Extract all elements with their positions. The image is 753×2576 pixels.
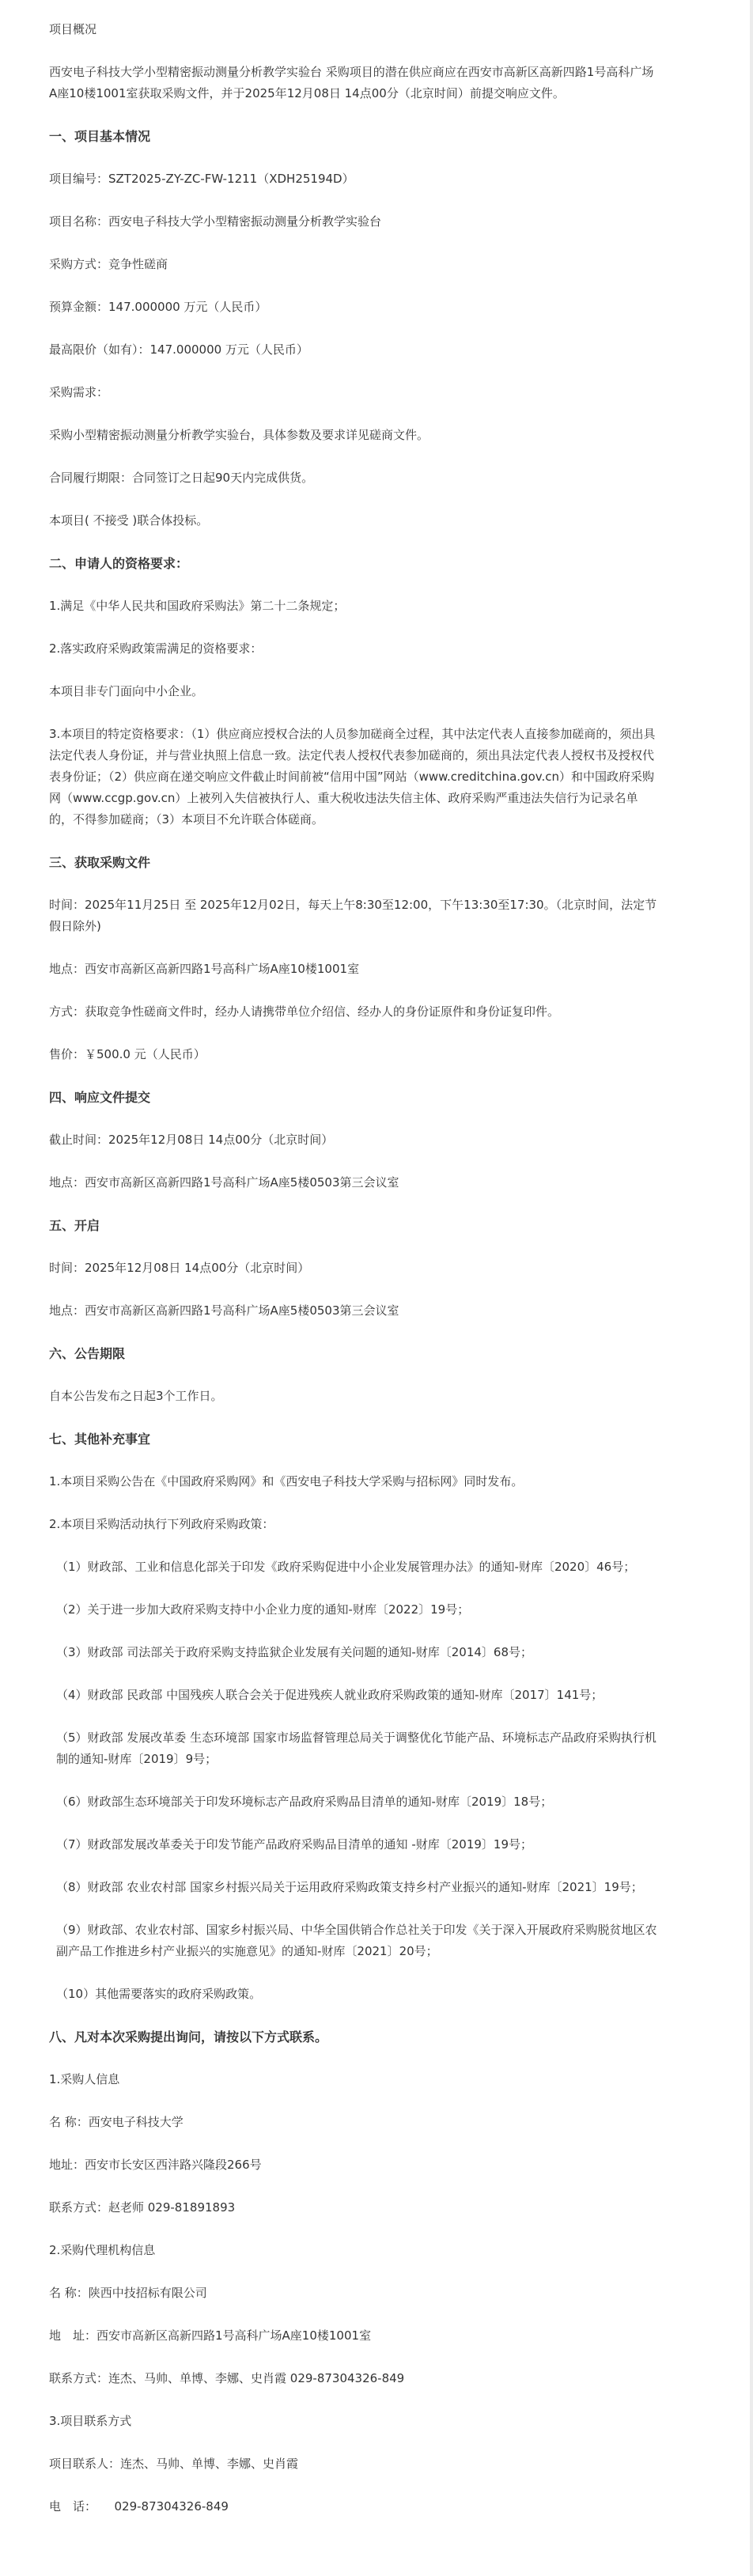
- policy-item: （10）其他需要落实的政府采购政策。: [49, 1984, 658, 2005]
- project-name: 项目名称：西安电子科技大学小型精密振动测量分析教学实验台: [49, 211, 658, 233]
- opening-time: 时间：2025年12月08日 14点00分（北京时间）: [49, 1258, 658, 1279]
- policy-item: （4）财政部 民政部 中国残疾人联合会关于促进残疾人就业政府采购政策的通知-财库…: [49, 1685, 658, 1706]
- agency-address: 地 址：西安市高新区高新四路1号高科广场A座10楼1001室: [49, 2325, 658, 2347]
- qualification-item-1: 1.满足《中华人民共和国政府采购法》第二十二条规定；: [49, 596, 658, 617]
- policy-item: （8）财政部 农业农村部 国家乡村振兴局关于运用政府采购政策支持乡村产业振兴的通…: [49, 1877, 658, 1898]
- obtain-location: 地点：西安市高新区高新四路1号高科广场A座10楼1001室: [49, 959, 658, 980]
- policy-item: （2）关于进一步加大政府采购支持中小企业力度的通知-财库〔2022〕19号；: [49, 1599, 658, 1621]
- demand-text: 采购小型精密振动测量分析教学实验台，具体参数及要求详见磋商文件。: [49, 425, 658, 446]
- procurement-method: 采购方式：竞争性磋商: [49, 254, 658, 275]
- document-price: 售价：￥500.0 元（人民币）: [49, 1044, 658, 1065]
- demand-label: 采购需求：: [49, 382, 658, 403]
- project-contact-title: 3.项目联系方式: [49, 2411, 658, 2432]
- section-heading-opening: 五、开启: [49, 1215, 658, 1236]
- purchaser-contact: 联系方式：赵老师 029-81891893: [49, 2197, 658, 2219]
- qualification-item-2-detail: 本项目非专门面向中小企业。: [49, 681, 658, 702]
- qualification-item-2: 2.落实政府采购政策需满足的资格要求：: [49, 638, 658, 660]
- opening-location: 地点：西安市高新区高新四路1号高科广场A座5楼0503第三会议室: [49, 1300, 658, 1322]
- budget-amount: 预算金额：147.000000 万元（人民币）: [49, 297, 658, 318]
- agency-info-title: 2.采购代理机构信息: [49, 2240, 658, 2261]
- agency-contact: 联系方式：连杰、马帅、单博、李娜、史肖霞 029-87304326-849: [49, 2368, 658, 2389]
- supplementary-item-1: 1.本项目采购公告在《中国政府采购网》和《西安电子科技大学采购与招标网》同时发布…: [49, 1471, 658, 1492]
- max-price: 最高限价（如有）：147.000000 万元（人民币）: [49, 339, 658, 361]
- policy-item: （9）财政部、农业农村部、国家乡村振兴局、中华全国供销合作总社关于印发《关于深入…: [49, 1920, 658, 1962]
- purchaser-info-title: 1.采购人信息: [49, 2069, 658, 2090]
- policy-item: （3）财政部 司法部关于政府采购支持监狱企业发展有关问题的通知-财库〔2014〕…: [49, 1642, 658, 1663]
- section-heading-submission: 四、响应文件提交: [49, 1087, 658, 1108]
- purchaser-address: 地址：西安市长安区西沣路兴隆段266号: [49, 2154, 658, 2176]
- submission-deadline: 截止时间：2025年12月08日 14点00分（北京时间）: [49, 1129, 658, 1151]
- policy-item: （5）财政部 发展改革委 生态环境部 国家市场监督管理总局关于调整优化节能产品、…: [49, 1727, 658, 1770]
- consortium-note: 本项目( 不接受 )联合体投标。: [49, 510, 658, 531]
- obtain-time: 时间：2025年11月25日 至 2025年12月02日，每天上午8:30至12…: [49, 895, 658, 937]
- procurement-announcement: 项目概况 西安电子科技大学小型精密振动测量分析教学实验台 采购项目的潜在供应商应…: [49, 19, 658, 2539]
- policy-item: （7）财政部发展改革委关于印发节能产品政府采购品目清单的通知 -财库〔2019〕…: [49, 1834, 658, 1855]
- contract-period: 合同履行期限：合同签订之日起90天内完成供货。: [49, 467, 658, 489]
- purchaser-name: 名 称：西安电子科技大学: [49, 2112, 658, 2133]
- project-contact-phone: 电 话： 029-87304326-849: [49, 2496, 658, 2517]
- policy-item: （1）财政部、工业和信息化部关于印发《政府采购促进中小企业发展管理办法》的通知-…: [49, 1557, 658, 1578]
- overview-text: 西安电子科技大学小型精密振动测量分析教学实验台 采购项目的潜在供应商应在西安市高…: [49, 62, 658, 104]
- section-heading-qualifications: 二、申请人的资格要求：: [49, 553, 658, 574]
- notice-period-text: 自本公告发布之日起3个工作日。: [49, 1386, 658, 1407]
- section-heading-basic-info: 一、项目基本情况: [49, 126, 658, 147]
- scrollbar-track[interactable]: [750, 0, 753, 2576]
- section-heading-supplementary: 七、其他补充事宜: [49, 1428, 658, 1450]
- obtain-method: 方式：获取竞争性磋商文件时，经办人请携带单位介绍信、经办人的身份证原件和身份证复…: [49, 1001, 658, 1023]
- section-heading-obtain-documents: 三、获取采购文件: [49, 852, 658, 873]
- qualification-item-3: 3.本项目的特定资格要求：（1）供应商应授权合法的人员参加磋商全过程，其中法定代…: [49, 724, 658, 830]
- project-number: 项目编号：SZT2025-ZY-ZC-FW-1211（XDH25194D）: [49, 168, 658, 190]
- submission-location: 地点：西安市高新区高新四路1号高科广场A座5楼0503第三会议室: [49, 1172, 658, 1193]
- agency-name: 名 称：陕西中技招标有限公司: [49, 2283, 658, 2304]
- section-heading-notice-period: 六、公告期限: [49, 1343, 658, 1364]
- project-contact-persons: 项目联系人：连杰、马帅、单博、李娜、史肖霞: [49, 2453, 658, 2475]
- overview-title: 项目概况: [49, 19, 658, 40]
- section-heading-contact: 八、凡对本次采购提出询问，请按以下方式联系。: [49, 2026, 658, 2048]
- policy-item: （6）财政部生态环境部关于印发环境标志产品政府采购品目清单的通知-财库〔2019…: [49, 1791, 658, 1813]
- supplementary-item-2: 2.本项目采购活动执行下列政府采购政策：: [49, 1514, 658, 1535]
